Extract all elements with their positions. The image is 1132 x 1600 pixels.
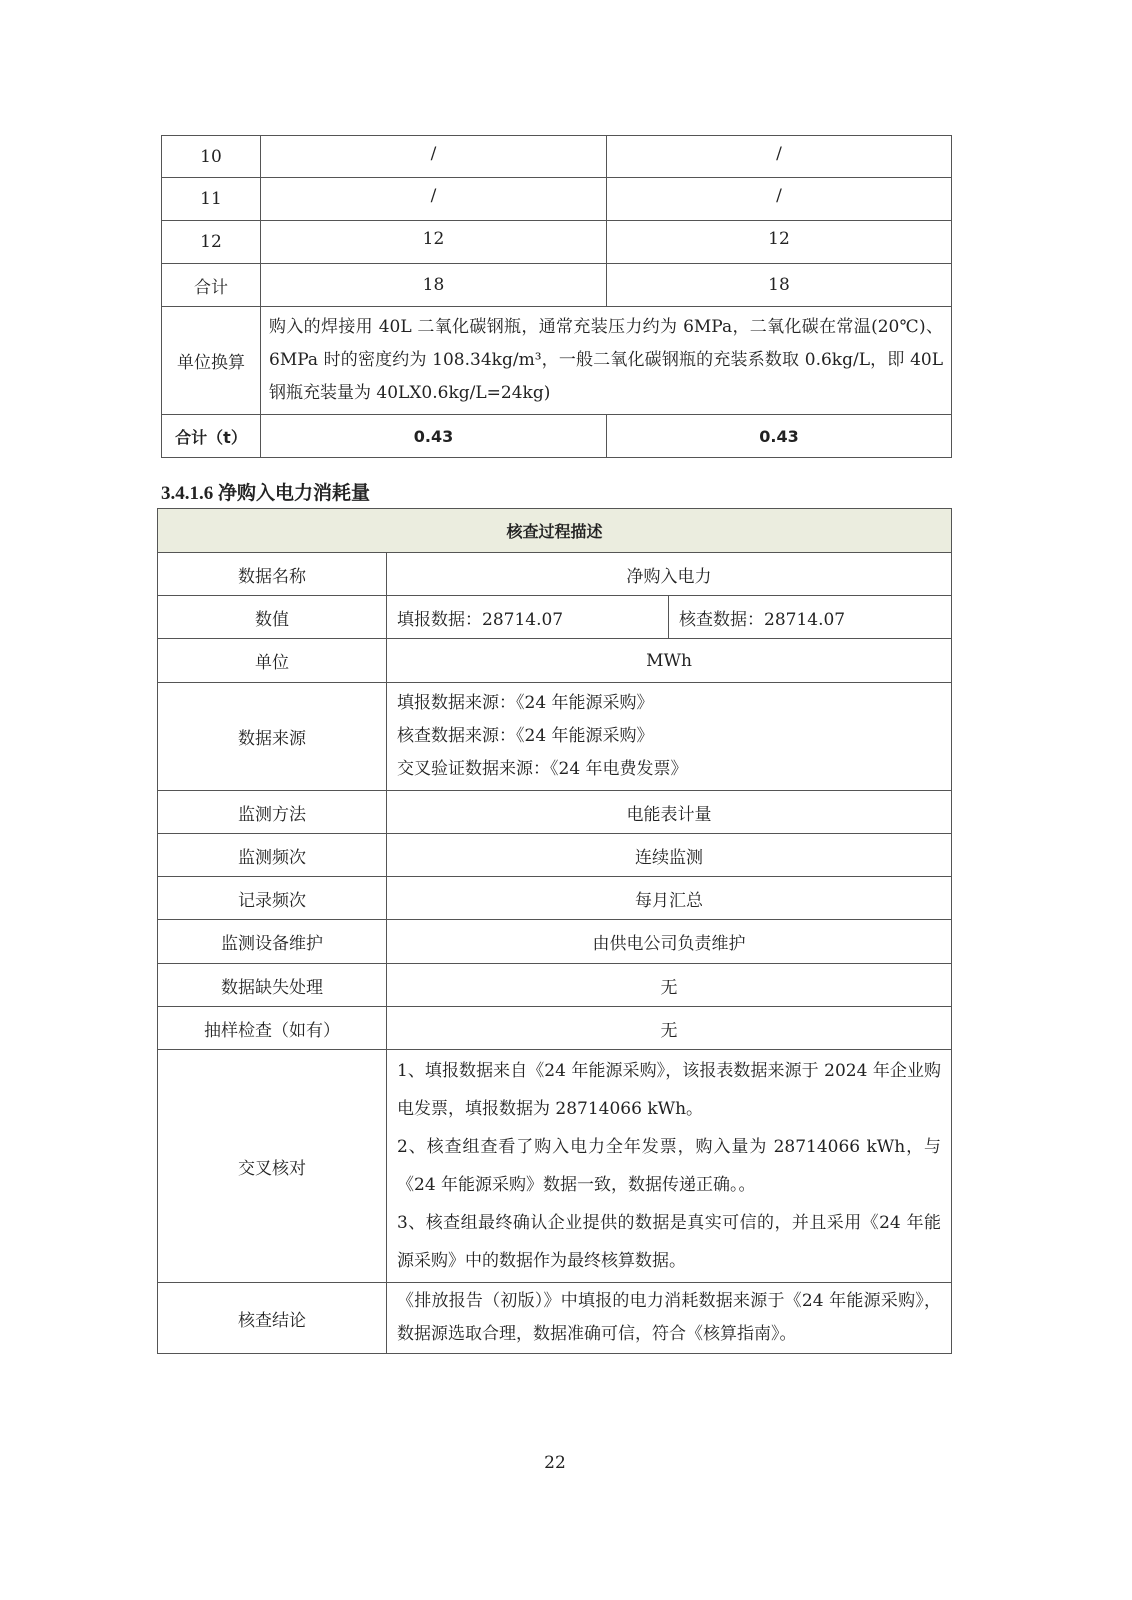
table-row: 监测方法 电能表计量 — [158, 791, 952, 834]
conversion-label: 单位换算 — [162, 307, 261, 415]
reported-cell: 18 — [261, 264, 607, 307]
row-label: 抽样检查（如有） — [158, 1007, 387, 1050]
month-cell: 10 — [162, 136, 261, 178]
verification-table: 核查过程描述 数据名称 净购入电力 数值 填报数据：28714.07 核查数据：… — [157, 508, 952, 1354]
verified-cell: 12 — [607, 221, 952, 264]
table-row: 10 / / — [162, 136, 952, 178]
row-label: 单位 — [158, 639, 387, 683]
row-value: 无 — [387, 964, 952, 1007]
month-cell: 12 — [162, 221, 261, 264]
total-reported: 0.43 — [261, 415, 607, 458]
row-label: 数据名称 — [158, 553, 387, 596]
table-row: 数据缺失处理 无 — [158, 964, 952, 1007]
row-label: 核查结论 — [158, 1283, 387, 1354]
table-header-row: 核查过程描述 — [158, 509, 952, 553]
table-header: 核查过程描述 — [158, 509, 952, 553]
table-row: 12 12 12 — [162, 221, 952, 264]
row-value: 连续监测 — [387, 834, 952, 877]
cross-check-item: 1、填报数据来自《24 年能源采购》，该报表数据来源于 2024 年企业购电发票… — [397, 1052, 941, 1128]
row-label: 数值 — [158, 596, 387, 639]
reported-cell: 12 — [261, 221, 607, 264]
page-number: 22 — [0, 1453, 1110, 1473]
row-value: MWh — [387, 639, 952, 683]
table-row: 监测设备维护 由供电公司负责维护 — [158, 920, 952, 964]
verified-cell: / — [607, 136, 952, 178]
total-label: 合计（t） — [162, 415, 261, 458]
table-row: 核查结论 《排放报告（初版）》中填报的电力消耗数据来源于《24 年能源采购》，数… — [158, 1283, 952, 1354]
table-row: 数据来源 填报数据来源：《24 年能源采购》 核查数据来源：《24 年能源采购》… — [158, 683, 952, 791]
total-verified: 0.43 — [607, 415, 952, 458]
source-list: 填报数据来源：《24 年能源采购》 核查数据来源：《24 年能源采购》 交叉验证… — [387, 683, 952, 791]
row-label: 交叉核对 — [158, 1050, 387, 1283]
conclusion-text: 《排放报告（初版）》中填报的电力消耗数据来源于《24 年能源采购》，数据源选取合… — [387, 1283, 952, 1354]
cross-check-list: 1、填报数据来自《24 年能源采购》，该报表数据来源于 2024 年企业购电发票… — [387, 1050, 952, 1283]
row-value: 无 — [387, 1007, 952, 1050]
row-label: 监测频次 — [158, 834, 387, 877]
table-row: 合计 18 18 — [162, 264, 952, 307]
source-line: 交叉验证数据来源：《24 年电费发票》 — [397, 753, 941, 786]
table-row: 单位 MWh — [158, 639, 952, 683]
row-label: 监测设备维护 — [158, 920, 387, 964]
verified-value: 核查数据：28714.07 — [669, 596, 952, 639]
cross-check-item: 3、核查组最终确认企业提供的数据是真实可信的，并且采用《24 年能源采购》中的数… — [397, 1204, 941, 1280]
reported-cell: / — [261, 178, 607, 221]
conversion-text: 购入的焊接用 40L 二氧化碳钢瓶，通常充装压力约为 6MPa，二氧化碳在常温(… — [261, 307, 952, 415]
row-label: 数据缺失处理 — [158, 964, 387, 1007]
row-label: 记录频次 — [158, 877, 387, 920]
source-line: 核查数据来源：《24 年能源采购》 — [397, 720, 941, 753]
table-row: 抽样检查（如有） 无 — [158, 1007, 952, 1050]
section-heading: 3.4.1.6 净购入电力消耗量 — [161, 478, 370, 505]
table-row: 数值 填报数据：28714.07 核查数据：28714.07 — [158, 596, 952, 639]
table-row: 单位换算 购入的焊接用 40L 二氧化碳钢瓶，通常充装压力约为 6MPa，二氧化… — [162, 307, 952, 415]
cross-check-item: 2、核查组查看了购入电力全年发票，购入量为 28714066 kWh，与《24 … — [397, 1128, 941, 1204]
row-value: 净购入电力 — [387, 553, 952, 596]
table-row: 监测频次 连续监测 — [158, 834, 952, 877]
row-value: 电能表计量 — [387, 791, 952, 834]
table-row: 11 / / — [162, 178, 952, 221]
source-line: 填报数据来源：《24 年能源采购》 — [397, 687, 941, 720]
co2-cylinder-table: 10 / / 11 / / 12 12 12 合计 18 18 单位换算 购入的… — [161, 135, 952, 458]
month-cell: 11 — [162, 178, 261, 221]
verified-cell: 18 — [607, 264, 952, 307]
row-label: 数据来源 — [158, 683, 387, 791]
row-label: 监测方法 — [158, 791, 387, 834]
row-value: 由供电公司负责维护 — [387, 920, 952, 964]
table-row: 数据名称 净购入电力 — [158, 553, 952, 596]
table-row: 记录频次 每月汇总 — [158, 877, 952, 920]
verified-cell: / — [607, 178, 952, 221]
reported-value: 填报数据：28714.07 — [387, 596, 669, 639]
subtotal-label: 合计 — [162, 264, 261, 307]
reported-cell: / — [261, 136, 607, 178]
table-row: 合计（t） 0.43 0.43 — [162, 415, 952, 458]
table-row: 交叉核对 1、填报数据来自《24 年能源采购》，该报表数据来源于 2024 年企… — [158, 1050, 952, 1283]
row-value: 每月汇总 — [387, 877, 952, 920]
